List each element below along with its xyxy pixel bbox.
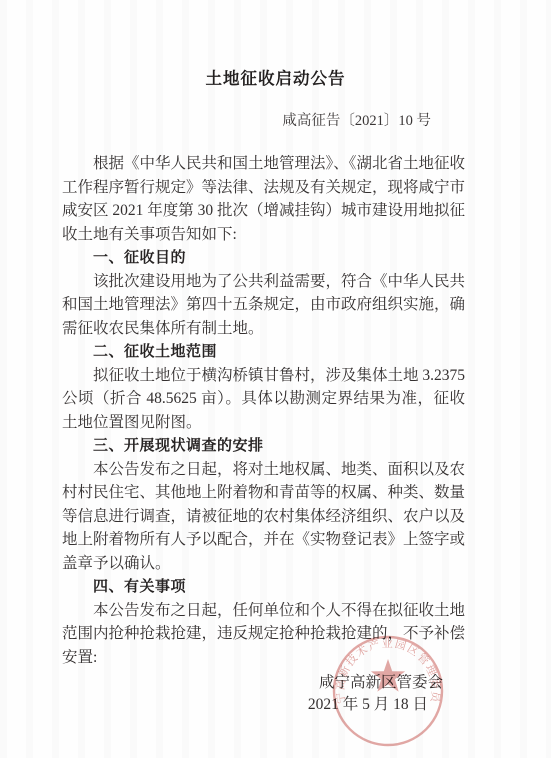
body-line: 根据《中华人民共和国土地管理法》、《湖北省土地征收 bbox=[62, 152, 465, 176]
body-line: 和国土地管理法》第四十五条规定，由市政府组织实施，确 bbox=[62, 293, 465, 317]
body-line: 等信息进行调查，请被征地的农村集体经济组织、农户以及 bbox=[62, 505, 465, 529]
body-line: 工作程序暂行规定》等法律、法规及有关规定，现将咸宁市 bbox=[62, 176, 465, 200]
body-line: 盖章予以确认。 bbox=[62, 552, 465, 576]
body-line: 地上附着物所有人予以配合，并在《实物登记表》上签字或 bbox=[62, 528, 465, 552]
announcement-page: 土地征收启动公告 咸高征告〔2021〕10 号 根据《中华人民共和国土地管理法》… bbox=[0, 0, 551, 758]
body-line: 该批次建设用地为了公共利益需要，符合《中华人民共 bbox=[62, 270, 465, 294]
section-heading-2: 二、征收土地范围 bbox=[62, 340, 465, 364]
body-line: 范围内抢种抢栽抢建，违反规定抢种抢栽抢建的，不予补偿 bbox=[62, 622, 465, 646]
body-line: 安置: bbox=[62, 646, 465, 670]
page-title: 土地征收启动公告 bbox=[0, 65, 551, 89]
document-body: 根据《中华人民共和国土地管理法》、《湖北省土地征收工作程序暂行规定》等法律、法规… bbox=[62, 152, 465, 669]
body-line: 本公告发布之日起，将对土地权属、地类、面积以及农 bbox=[62, 458, 465, 482]
body-line: 咸安区 2021 年度第 30 批次（增减挂钩）城市建设用地拟征 bbox=[62, 199, 465, 223]
document-number: 咸高征告〔2021〕10 号 bbox=[282, 109, 431, 130]
section-heading-3: 三、开展现状调查的安排 bbox=[62, 434, 465, 458]
body-line: 收土地有关事项告知如下: bbox=[62, 223, 465, 247]
section-heading-1: 一、征收目的 bbox=[62, 246, 465, 270]
body-line: 需征收农民集体所有制土地。 bbox=[62, 317, 465, 341]
issuer-signature: 咸宁高新区管委会 bbox=[319, 670, 443, 692]
section-heading-4: 四、有关事项 bbox=[62, 575, 465, 599]
body-line: 土地位置图见附图。 bbox=[62, 411, 465, 435]
body-line: 拟征收土地位于横沟桥镇甘鲁村，涉及集体土地 3.2375 bbox=[62, 364, 465, 388]
body-line: 村村民住宅、其他地上附着物和青苗等的权属、种类、数量 bbox=[62, 481, 465, 505]
body-line: 本公告发布之日起，任何单位和个人不得在拟征收土地 bbox=[62, 599, 465, 623]
issue-date: 2021 年 5 月 18 日 bbox=[308, 692, 428, 714]
body-line: 公顷（折合 48.5625 亩）。具体以勘测定界结果为准，征收 bbox=[62, 387, 465, 411]
